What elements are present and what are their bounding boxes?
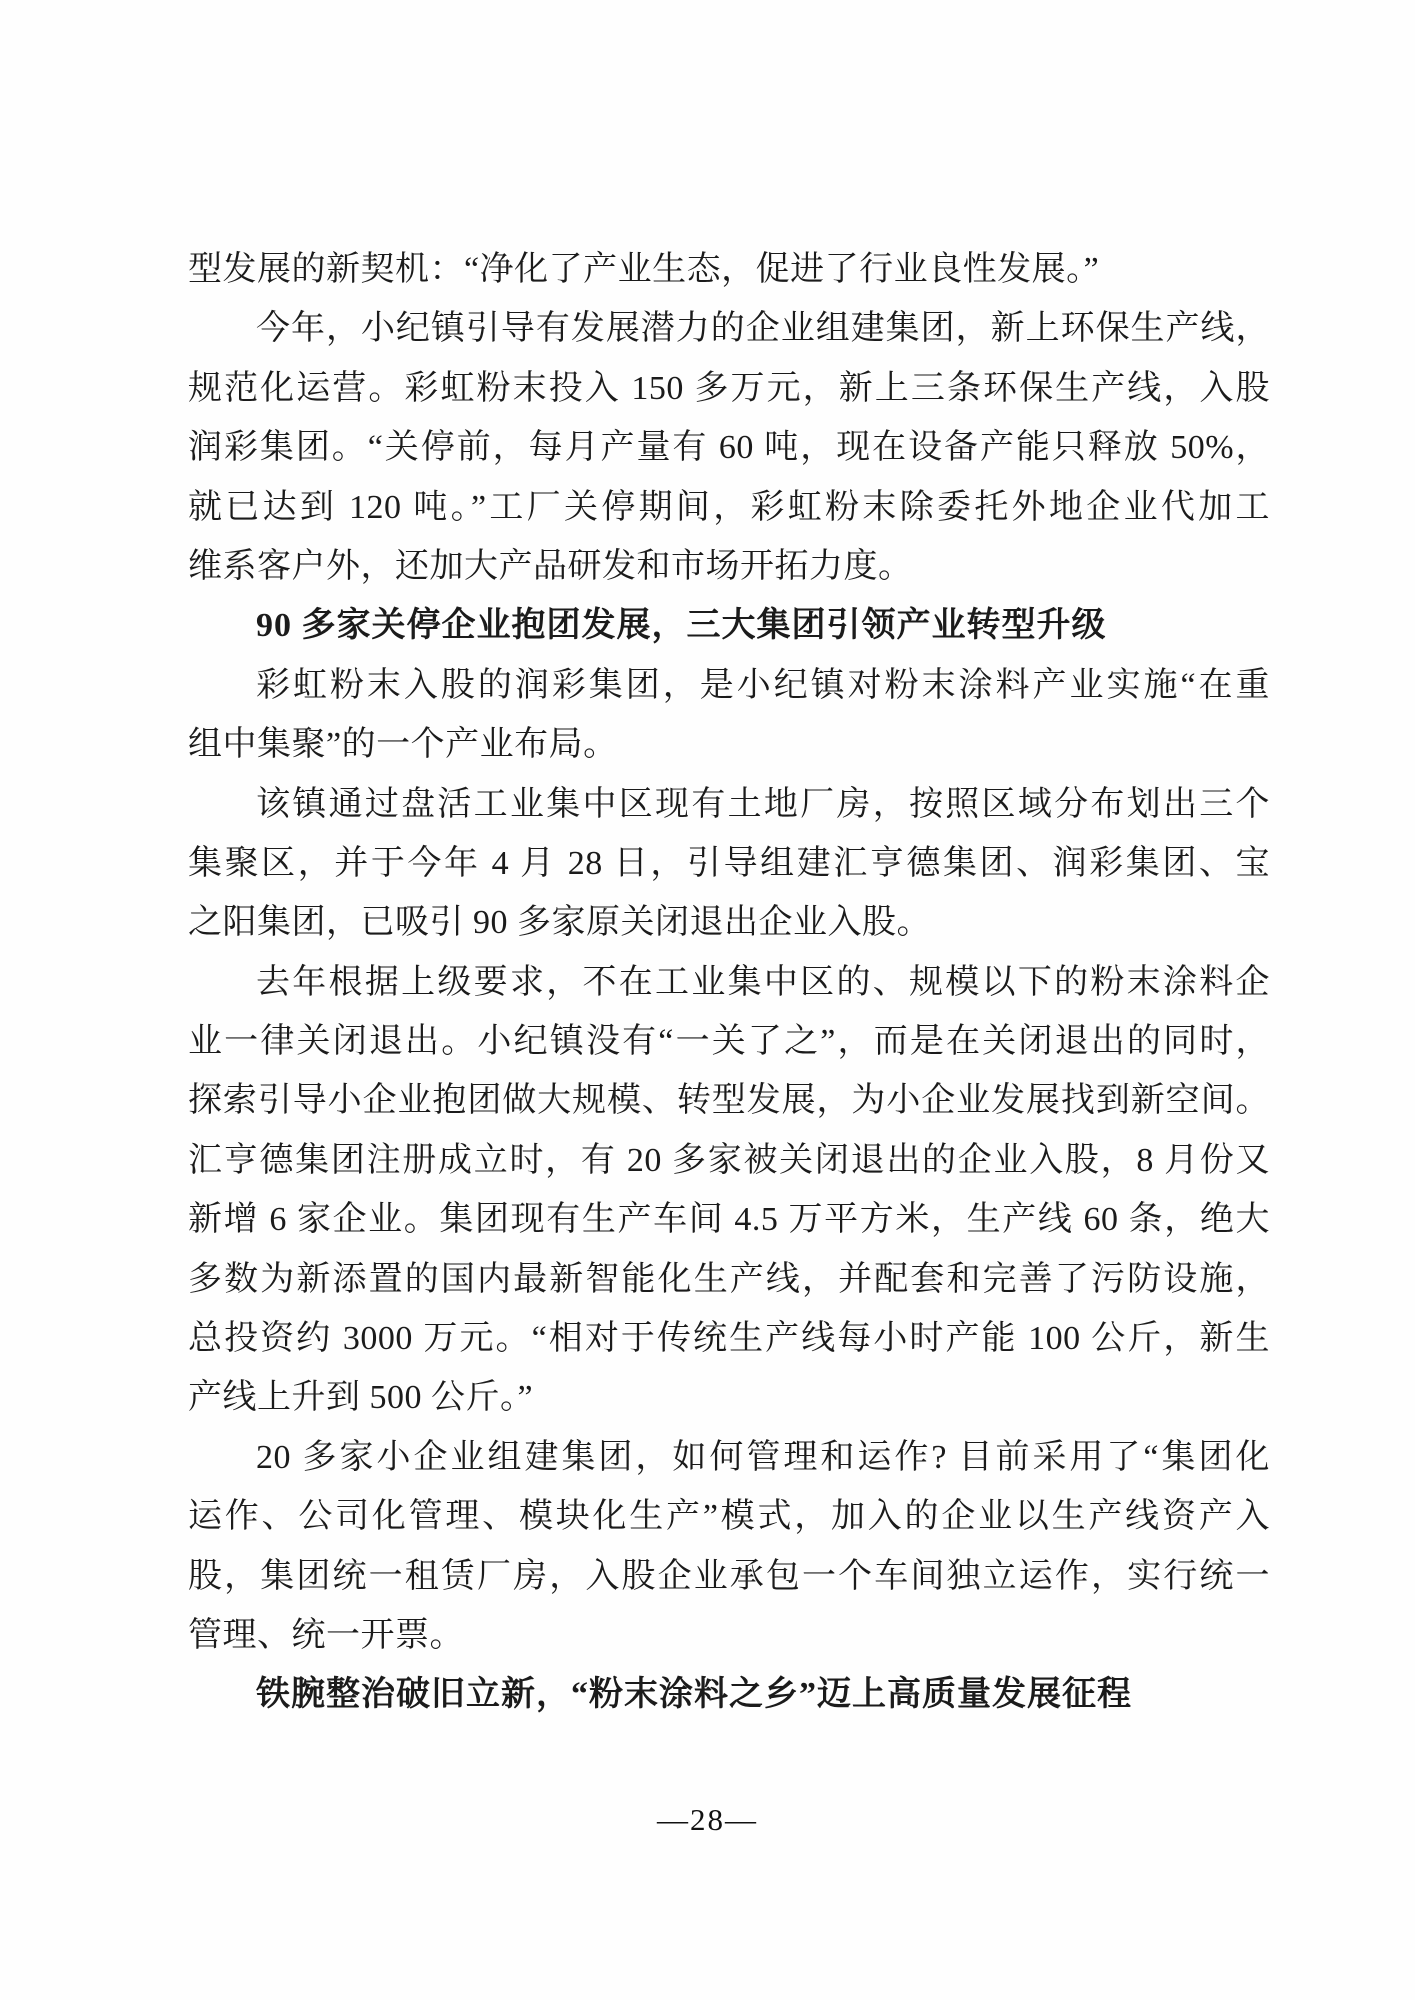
- paragraph-line: 20 多家小企业组建集团，如何管理和运作? 目前采用了“集团化: [188, 1428, 1270, 1487]
- paragraph-line: 之阳集团，已吸引 90 多家原关闭退出企业入股。: [188, 893, 1270, 952]
- paragraph-line: 润彩集团。“关停前，每月产量有 60 吨，现在设备产能只释放 50%，: [188, 418, 1270, 477]
- page-number: —28—: [0, 1802, 1415, 1838]
- paragraph-line: 汇亨德集团注册成立时，有 20 多家被关闭退出的企业入股，8 月份又: [188, 1131, 1270, 1190]
- paragraph-line: 产线上升到 500 公斤。”: [188, 1368, 1270, 1427]
- paragraph-line: 新增 6 家企业。集团现有生产车间 4.5 万平方米，生产线 60 条，绝大: [188, 1190, 1270, 1249]
- paragraph-line: 业一律关闭退出。小纪镇没有“一关了之”，而是在关闭退出的同时，: [188, 1012, 1270, 1071]
- section-heading-iron-fist: 铁腕整治破旧立新，“粉末涂料之乡”迈上高质量发展征程: [188, 1665, 1270, 1724]
- paragraph-line: 型发展的新契机：“净化了产业生态，促进了行业良性发展。”: [188, 240, 1270, 299]
- paragraph-line: 规范化运营。彩虹粉末投入 150 多万元，新上三条环保生产线，入股: [188, 359, 1270, 418]
- paragraph-line: 探索引导小企业抱团做大规模、转型发展，为小企业发展找到新空间。: [188, 1071, 1270, 1130]
- paragraph-line: 去年根据上级要求，不在工业集中区的、规模以下的粉末涂料企: [188, 953, 1270, 1012]
- paragraph-line: 管理、统一开票。: [188, 1606, 1270, 1665]
- paragraph-line: 总投资约 3000 万元。“相对于传统生产线每小时产能 100 公斤，新生: [188, 1309, 1270, 1368]
- paragraph-line: 运作、公司化管理、模块化生产”模式，加入的企业以生产线资产入: [188, 1487, 1270, 1546]
- paragraph-line: 组中集聚”的一个产业布局。: [188, 715, 1270, 774]
- document-page: 型发展的新契机：“净化了产业生态，促进了行业良性发展。” 今年，小纪镇引导有发展…: [0, 0, 1415, 2000]
- paragraph-line: 多数为新添置的国内最新智能化生产线，并配套和完善了污防设施，: [188, 1250, 1270, 1309]
- section-heading-group-development: 90 多家关停企业抱团发展，三大集团引领产业转型升级: [188, 596, 1270, 655]
- paragraph-line: 集聚区，并于今年 4 月 28 日，引导组建汇亨德集团、润彩集团、宝: [188, 834, 1270, 893]
- paragraph-line: 今年，小纪镇引导有发展潜力的企业组建集团，新上环保生产线，: [188, 299, 1270, 358]
- paragraph-line: 股，集团统一租赁厂房，入股企业承包一个车间独立运作，实行统一: [188, 1547, 1270, 1606]
- paragraph-line: 就已达到 120 吨。”工厂关停期间，彩虹粉末除委托外地企业代加工: [188, 478, 1270, 537]
- paragraph-line: 该镇通过盘活工业集中区现有土地厂房，按照区域分布划出三个: [188, 775, 1270, 834]
- paragraph-line: 维系客户外，还加大产品研发和市场开拓力度。: [188, 537, 1270, 596]
- text-block: 型发展的新契机：“净化了产业生态，促进了行业良性发展。” 今年，小纪镇引导有发展…: [188, 240, 1270, 1725]
- paragraph-line: 彩虹粉末入股的润彩集团，是小纪镇对粉末涂料产业实施“在重: [188, 656, 1270, 715]
